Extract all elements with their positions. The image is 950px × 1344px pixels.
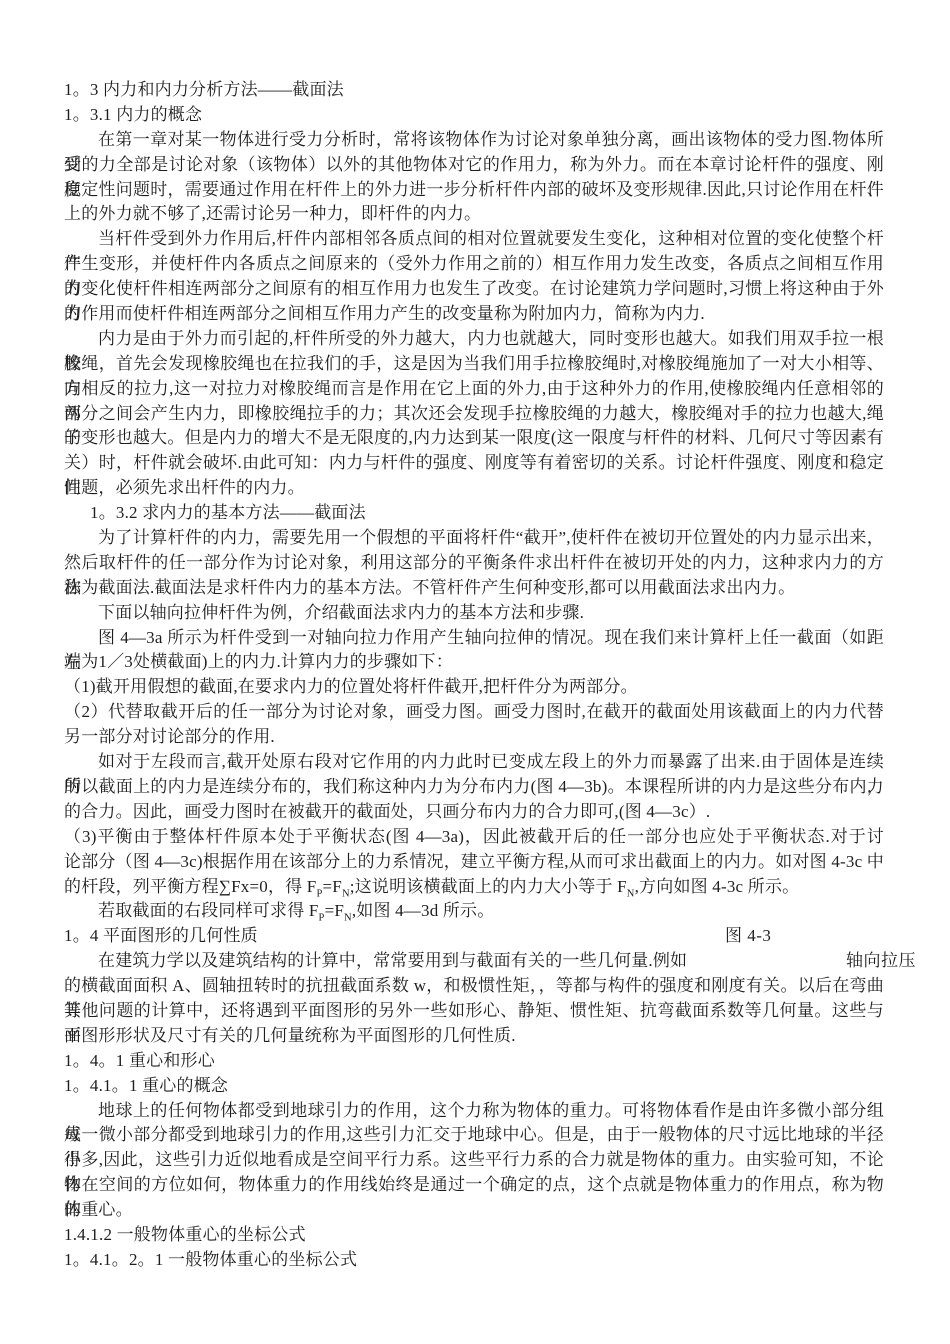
text-line: 上的外力就不够了,还需讨论另一种力，即杆件的内力。 <box>64 202 884 227</box>
text-line: 胶绳，首先会发现橡胶绳也在拉我们的手，这是因为当我们用手拉橡胶绳时,对橡胶绳施加… <box>64 352 884 377</box>
text-line: 产生变形，并使杆件内各质点之间原来的（受外力作用之前的）相互作用力发生改变，各质… <box>64 252 884 277</box>
figure-label-axial-tension-compression: 轴向拉压 <box>812 949 916 974</box>
text-line: 部分之间会产生内力，即橡胶绳拉手的力；其次还会发现手拉橡胶绳的力越大，橡胶绳对手… <box>64 402 884 427</box>
text-line: 端为1／3处横截面)上的内力.计算内力的步骤如下： <box>64 650 884 675</box>
text-line: （3)平衡由于整体杆件原本处于平衡状态(图 4—3a)，因此被截开后的任一部分也… <box>64 825 884 850</box>
heading-1-4: 1。4 平面图形的几何性质图 4-3 <box>64 924 884 949</box>
text-line: 另一部分对讨论部分的作用. <box>64 725 884 750</box>
text-line: 下面以轴向拉伸杆件为例，介绍截面法求内力的基本方法和步骤. <box>64 601 884 626</box>
text-line: （1)截开用假想的截面,在要求内力的位置处将杆件截开,把杆件分为两部分。 <box>64 675 884 700</box>
text-line: 如对于左段而言,截开处原右段对它作用的内力此时已变成左段上的外力而暴露了出来.由… <box>64 750 884 775</box>
text-line: 所以截面上的内力是连续分布的，我们称这种内力为分布内力(图 4—3b)。本课程所… <box>64 775 884 800</box>
text-line: 的合力。因此，画受力图时在被截开的截面处，只画分布内力的合力即可,(图 4—3c… <box>64 800 884 825</box>
text-line: 面图形形状及尺寸有关的几何量统称为平面图形的几何性质. <box>64 1024 884 1049</box>
text-line: 图 4—3a 所示为杆件受到一对轴向拉力作用产生轴向拉伸的情况。现在我们来计算杆… <box>64 626 884 651</box>
text-line: 在第一章对某一物体进行受力分析时，常将该物体作为讨论对象单独分离，画出该物体的受… <box>64 128 884 153</box>
text-line: 在建筑力学以及建筑结构的计算中，常常要用到与截面有关的一些几何量.例如轴向拉压 <box>64 949 884 974</box>
text-line: 然后取杆件的任一部分作为讨论对象，利用这部分的平衡条件求出杆件在被切开处的内力，… <box>64 551 884 576</box>
text-line: 每一微小部分都受到地球引力的作用,这些引力汇交于地球中心。但是，由于一般物体的尺… <box>64 1123 884 1148</box>
text-line: 若取截面的右段同样可求得 FP=FN,如图 4—3d 所示。 <box>64 899 884 924</box>
text-line: 的作用而使杆件相连两部分之间相互作用力产生的改变量称为附加内力，简称为内力. <box>64 302 884 327</box>
figure-4-3-caption: 图 4-3 <box>725 924 771 949</box>
heading-1-3-1: 1。3.1 内力的概念 <box>64 103 884 128</box>
heading-1-3: 1。3 内力和内力分析方法——截面法 <box>64 78 884 103</box>
text-line: 体在空间的方位如何，物体重力的作用线始终是通过一个确定的点，这个点就是物体重力的… <box>64 1173 884 1198</box>
text-line: 地球上的任何物体都受到地球引力的作用，这个力称为物体的重力。可将物体看作是由许多… <box>64 1099 884 1124</box>
text-line: 的重心。 <box>64 1198 884 1223</box>
heading-1-4-1-1: 1。4.1。1 重心的概念 <box>64 1074 884 1099</box>
text-line: 问题，必须先求出杆件的内力。 <box>64 476 884 501</box>
document-page: 1。3 内力和内力分析方法——截面法1。3.1 内力的概念在第一章对某一物体进行… <box>64 78 884 1273</box>
text-line: 的变化使杆件相连两部分之间原有的相互作用力也发生了改变。在讨论建筑力学问题时,习… <box>64 277 884 302</box>
text-line: 称为截面法.截面法是求杆件内力的基本方法。不管杆件产生何种变形,都可以用截面法求… <box>64 576 884 601</box>
text-line: 的变形也越大。但是内力的增大不是无限度的,内力达到某一限度(这一限度与杆件的材料… <box>64 426 884 451</box>
text-line: 当杆件受到外力作用后,杆件内部相邻各质点间的相对位置就要发生变化，这种相对位置的… <box>64 227 884 252</box>
text-line: （2）代替取截开后的任一部分为讨论对象，画受力图。画受力图时,在截开的截面处用该… <box>64 700 884 725</box>
text-line: 稳定性问题时，需要通过作用在杆件上的外力进一步分析杆件内部的破坏及变形规律.因此… <box>64 178 884 203</box>
text-line: 为了计算杆件的内力，需要先用一个假想的平面将杆件“截开”,使杆件在被切开位置处的… <box>64 526 884 551</box>
heading-1-4-1-2-1: 1。4.1。2。1 一般物体重心的坐标公式 <box>64 1248 884 1273</box>
text-line: 得多,因此，这些引力近似地看成是空间平行力系。这些平行力系的合力就是物体的重力。… <box>64 1148 884 1173</box>
text-line: 的杆段，列平衡方程∑Fx=0，得 FP=FN;这说明该横截面上的内力大小等于 F… <box>64 875 884 900</box>
text-line: 论部分（图 4—3c)根据作用在该部分上的力系情况，建立平衡方程,从而可求出截面… <box>64 850 884 875</box>
text-line: 到的力全部是讨论对象（该物体）以外的其他物体对它的作用力，称为外力。而在本章讨论… <box>64 153 884 178</box>
text-line: 的横截面面积 A、圆轴扭转时的抗扭截面系数 w，和极惯性矩，，等都与构件的强度和… <box>64 974 884 999</box>
heading-1-4-1-2: 1.4.1.2 一般物体重心的坐标公式 <box>64 1223 884 1248</box>
text-line: 其他问题的计算中，还将遇到平面图形的另外一些如形心、静矩、惯性矩、抗弯截面系数等… <box>64 999 884 1024</box>
heading-1-4-1: 1。4。1 重心和形心 <box>64 1049 884 1074</box>
text-line: 向相反的拉力,这一对拉力对橡胶绳而言是作用在它上面的外力,由于这种外力的作用,使… <box>64 377 884 402</box>
heading-1-3-2: 1。3.2 求内力的基本方法——截面法 <box>64 501 884 526</box>
text-line: 关）时，杆件就会破坏.由此可知：内力与杆件的强度、刚度等有着密切的关系。讨论杆件… <box>64 451 884 476</box>
text-line: 内力是由于外力而引起的,杆件所受的外力越大，内力也就越大，同时变形也越大。如我们… <box>64 327 884 352</box>
